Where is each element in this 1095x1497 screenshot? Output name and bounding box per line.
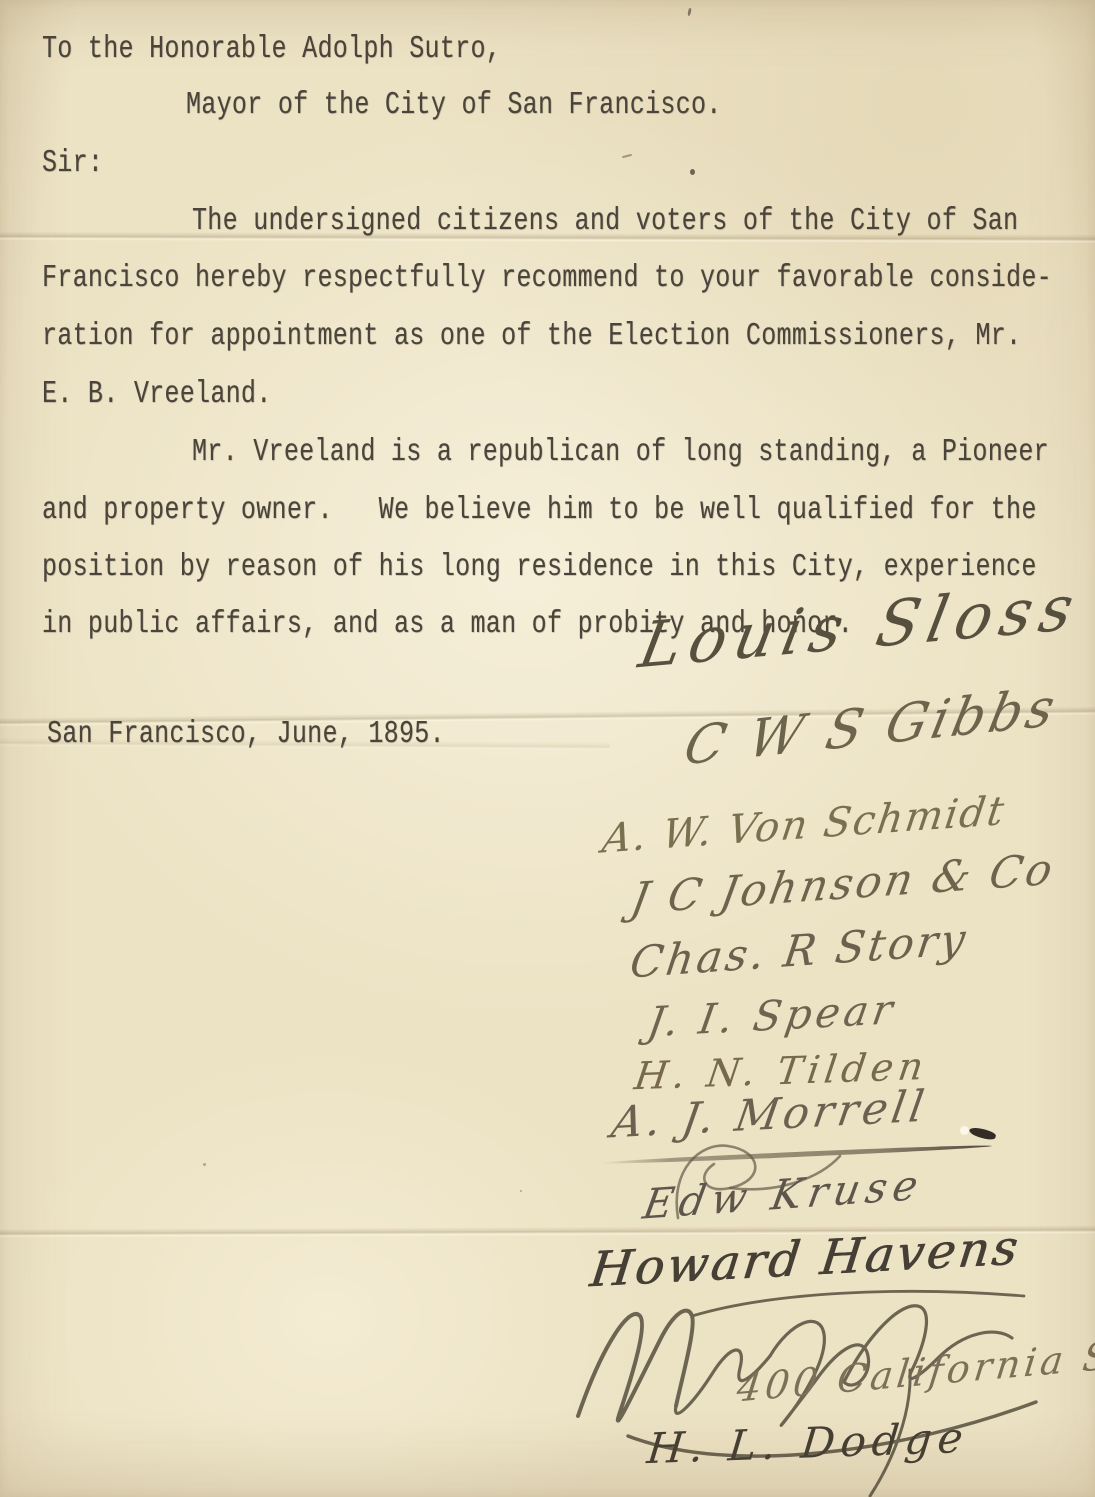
- letter-greeting: Sir:: [42, 147, 103, 179]
- stray-ink-mark: [690, 169, 695, 175]
- letter-body-line: ration for appointment as one of the Ele…: [42, 320, 1021, 352]
- letter-body-line: Francisco hereby respectfully recommend …: [42, 262, 1052, 294]
- letter-body-line: E. B. Vreeland.: [42, 378, 272, 410]
- letter-body-line: The undersigned citizens and voters of t…: [192, 205, 1018, 237]
- stray-ink-mark: [520, 1190, 522, 1192]
- signature-chas-r-story: Chas. R Story: [627, 914, 971, 988]
- signature-ji-spear: J. I. Spear: [644, 985, 900, 1046]
- paper-hole: [960, 1126, 969, 1135]
- signature-louis-sloss: Louis Sloss: [634, 570, 1088, 683]
- letter-page: To the Honorable Adolph Sutro, Mayor of …: [0, 0, 1095, 1497]
- letter-salutation-line: To the Honorable Adolph Sutro,: [42, 33, 501, 65]
- signature-cws-gibbs: C W S Gibbs: [679, 677, 1064, 778]
- stray-ink-mark: [687, 8, 692, 16]
- letter-salutation-line2: Mayor of the City of San Francisco.: [186, 89, 722, 121]
- letter-body-line: Mr. Vreeland is a republican of long sta…: [192, 436, 1049, 468]
- signature-jc-johnson-co: J C Johnson & Co: [627, 844, 1059, 924]
- stray-ink-mark: [203, 1163, 206, 1166]
- letter-dateline: San Francisco, June, 1895.: [47, 718, 445, 750]
- stray-ink-mark: [622, 154, 632, 158]
- ink-blob: [968, 1125, 996, 1141]
- letter-body-line: and property owner. We believe him to be…: [42, 494, 1037, 526]
- letter-body-line: position by reason of his long residence…: [42, 551, 1037, 583]
